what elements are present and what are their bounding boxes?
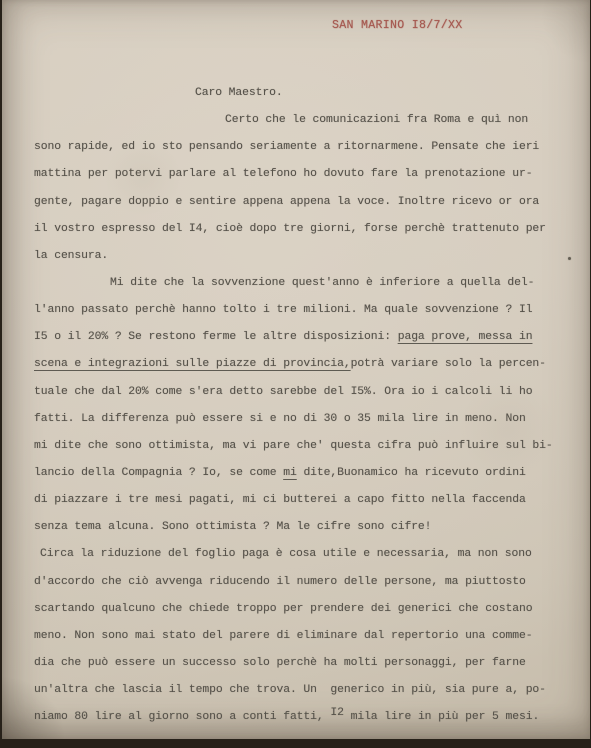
letter-text: la censura. [34,250,108,262]
letter-body: Caro Maestro.Certo che le comunicazioni … [34,80,579,731]
letter-text: mi dite che sono ottimista, ma vi pare c… [34,440,553,452]
letter-line: senza tema alcuna. Sono ottimista ? Ma l… [34,514,579,541]
letter-text: I2 [330,707,343,719]
letter-text: mattina per potervi parlare al telefono … [34,168,532,180]
letter-text: niamo 80 lire al giorno sono a conti fat… [34,711,330,723]
letter-line: mi dite che sono ottimista, ma vi pare c… [34,433,579,460]
letter-text: scartando qualcuno che chiede troppo per… [34,603,532,615]
letter-line: il vostro espresso del I4, cioè dopo tre… [34,216,579,243]
letter-line: mattina per potervi parlare al telefono … [34,161,579,188]
letter-line: sono rapide, ed io sto pensando seriamen… [34,134,579,161]
letter-line: I5 o il 20% ? Se restono ferme le altre … [34,324,579,351]
letter-line: lancio della Compagnia ? Io, se come mi … [34,460,579,487]
letter-line: di piazzare i tre mesi pagati, mi ci but… [34,487,579,514]
letter-text: potrà variare solo la percen- [351,358,546,370]
letter-text: dite,Buonamico ha ricevuto ordini [297,467,526,479]
letter-line: Circa la riduzione del foglio paga è cos… [34,541,579,568]
letter-line: Certo che le comunicazioni fra Roma e qu… [34,107,579,134]
letter-text: I5 o il 20% ? Se restono ferme le altre … [34,331,398,343]
letter-line: la censura. [34,243,579,270]
letter-line: dia che può essere un successo solo perc… [34,650,579,677]
letter-line: tuale che dal 20% come s'era detto sareb… [34,379,579,406]
letter-line: scartando qualcuno che chiede troppo per… [34,596,579,623]
letter-text: Caro Maestro. [195,87,283,99]
letter-text: l'anno passato perchè hanno tolto i tre … [34,304,532,316]
letter-text: lancio della Compagnia ? Io, se come [34,467,283,479]
date-stamp: SAN MARINO I8/7/XX [332,19,463,32]
letter-line: Mi dite che la sovvenzione quest'anno è … [34,270,579,297]
letter-line: scena e integrazioni sulle piazze di pro… [34,351,579,378]
letter-line: d'accordo che ciò avvenga riducendo il n… [34,569,579,596]
letter-text: di piazzare i tre mesi pagati, mi ci but… [34,494,526,506]
letter-text: meno. Non sono mai stato del parere di e… [34,630,532,642]
letter-line: gente, pagare doppio e sentire appena ap… [34,189,579,216]
letter-line: l'anno passato perchè hanno tolto i tre … [34,297,579,324]
letter-text: mila lire in più per 5 mesi. [344,711,539,723]
letter-text: sono rapide, ed io sto pensando seriamen… [34,141,539,153]
letter-line: Caro Maestro. [34,80,579,107]
letter-text: d'accordo che ciò avvenga riducendo il n… [34,576,526,588]
ink-dot [568,257,571,260]
letter-text: gente, pagare doppio e sentire appena ap… [34,196,539,208]
letter-line: fatti. La differenza può essere si e no … [34,406,579,433]
letter-line: meno. Non sono mai stato del parere di e… [34,623,579,650]
letter-text: senza tema alcuna. Sono ottimista ? Ma l… [34,521,431,533]
letter-line: un'altra che lascia il tempo che trova. … [34,677,579,704]
letter-text: Mi dite che la sovvenzione quest'anno è … [110,277,534,289]
letter-page: SAN MARINO I8/7/XX Caro Maestro.Certo ch… [2,0,590,739]
letter-text: il vostro espresso del I4, cioè dopo tre… [34,223,546,235]
letter-text: dia che può essere un successo solo perc… [34,657,526,669]
letter-text: Certo che le comunicazioni fra Roma e qu… [225,114,528,126]
letter-line: niamo 80 lire al giorno sono a conti fat… [34,704,579,731]
letter-text: fatti. La differenza può essere si e no … [34,413,526,425]
photo-of-letter: { "letter": { "date_stamp": "SAN MARINO … [0,0,591,748]
letter-text: tuale che dal 20% come s'era detto sareb… [34,386,532,398]
underlined-text: paga prove, messa in [398,331,533,343]
letter-text: Circa la riduzione del foglio paga è cos… [40,548,532,560]
underlined-text: mi [283,467,296,479]
letter-text: un'altra che lascia il tempo che trova. … [34,684,546,696]
underlined-text: scena e integrazioni sulle piazze di pro… [34,358,351,370]
